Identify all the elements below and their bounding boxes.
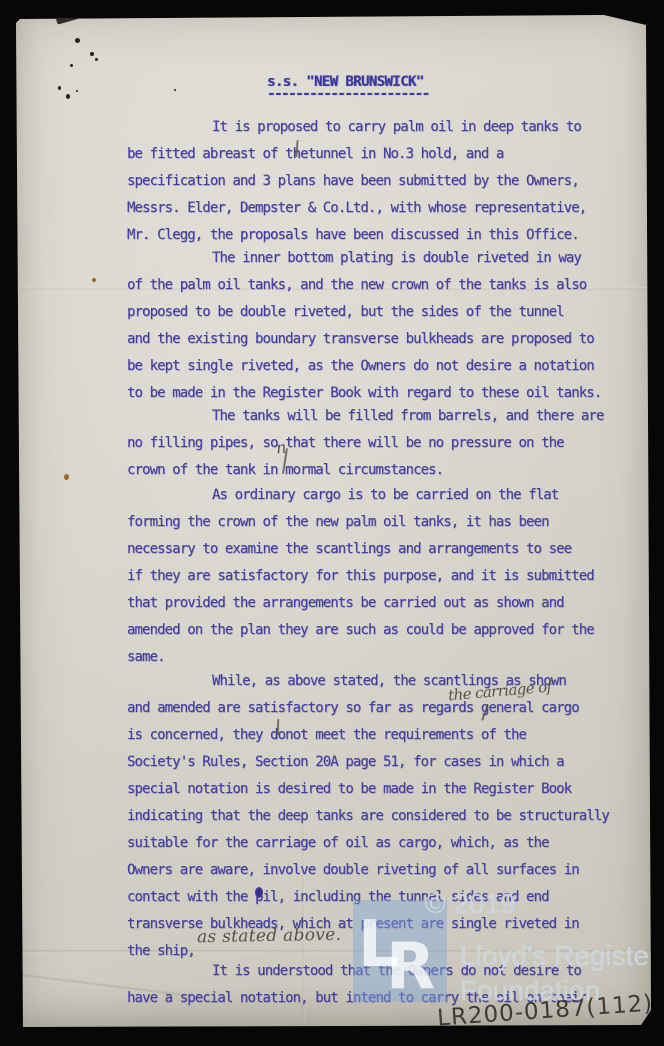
ink-speck (76, 90, 78, 92)
typed-line: necessary to examine the scantlings and … (127, 536, 594, 563)
typed-line: crown of the tank in mormal circumstance… (127, 457, 604, 484)
typed-line: The inner bottom plating is double rivet… (127, 245, 601, 272)
rust-speck (64, 474, 69, 480)
typed-line: special notation is desired to be made i… (127, 776, 609, 803)
typed-line: contact with the pil, including the tunn… (127, 884, 609, 911)
paragraph: The tanks will be filled from barrels, a… (127, 403, 604, 484)
typed-line: if they are satisfactory for this purpos… (127, 563, 594, 590)
typed-line: no filling pipes, so that there will be … (127, 430, 604, 457)
pencil-note-as-stated-above: as stated above. (197, 925, 342, 948)
typed-line: Owners are aware, involve double rivetin… (127, 857, 609, 884)
typed-line: specification and 3 plans have been subm… (127, 168, 586, 195)
ink-speck (174, 89, 176, 91)
typed-line: be kept single riveted, as the Owners do… (127, 353, 601, 380)
typed-line: and amended are satisfactory so far as r… (127, 695, 609, 722)
typed-line: is concerned, they donot meet the requir… (127, 722, 609, 749)
typed-line: and the existing boundary transverse bul… (127, 326, 601, 353)
typed-line: The tanks will be filled from barrels, a… (127, 403, 604, 430)
typed-line: It is proposed to carry palm oil in deep… (127, 114, 586, 141)
typed-line: forming the crown of the new palm oil ta… (127, 509, 594, 536)
typed-line: Society's Rules, Section 20A page 51, fo… (127, 749, 609, 776)
typed-line: be fitted abreast of thetunnel in No.3 h… (127, 141, 586, 168)
typed-line: amended on the plan they are such as cou… (127, 617, 594, 644)
typed-line: Messrs. Elder, Dempster & Co.Ltd., with … (127, 195, 586, 222)
typed-line: same. (127, 644, 594, 671)
typed-line: of the palm oil tanks, and the new crown… (127, 272, 601, 299)
rust-speck (92, 278, 96, 282)
ink-speck (58, 86, 61, 90)
typed-line: It is understood that the Owners do not … (127, 958, 586, 985)
ink-speck (66, 94, 70, 99)
ink-speck (90, 52, 94, 56)
ink-blot (255, 887, 263, 898)
ink-speck (95, 58, 98, 61)
paper-fold-mark (55, 9, 84, 24)
document-page: s.s. "NEW BRUNSWICK" -------------------… (12, 12, 654, 1032)
ink-speck (75, 38, 80, 43)
typed-line: proposed to be double riveted, but the s… (127, 299, 601, 326)
paragraph: It is proposed to carry palm oil in deep… (127, 114, 586, 249)
typed-line: that provided the arrangements be carrie… (127, 590, 594, 617)
title-underline: ----------------------- (267, 86, 429, 102)
paragraph: The inner bottom plating is double rivet… (127, 245, 601, 407)
typed-line: indicating that the deep tanks are consi… (127, 803, 609, 830)
scan-background: s.s. "NEW BRUNSWICK" -------------------… (0, 0, 664, 1046)
ink-speck (70, 64, 73, 67)
typed-line: suitable for the carriage of oil as carg… (127, 830, 609, 857)
paragraph: While, as above stated, the scantlings a… (127, 668, 609, 965)
paragraph: As ordinary cargo is to be carried on th… (127, 482, 594, 671)
typed-line: As ordinary cargo is to be carried on th… (127, 482, 594, 509)
